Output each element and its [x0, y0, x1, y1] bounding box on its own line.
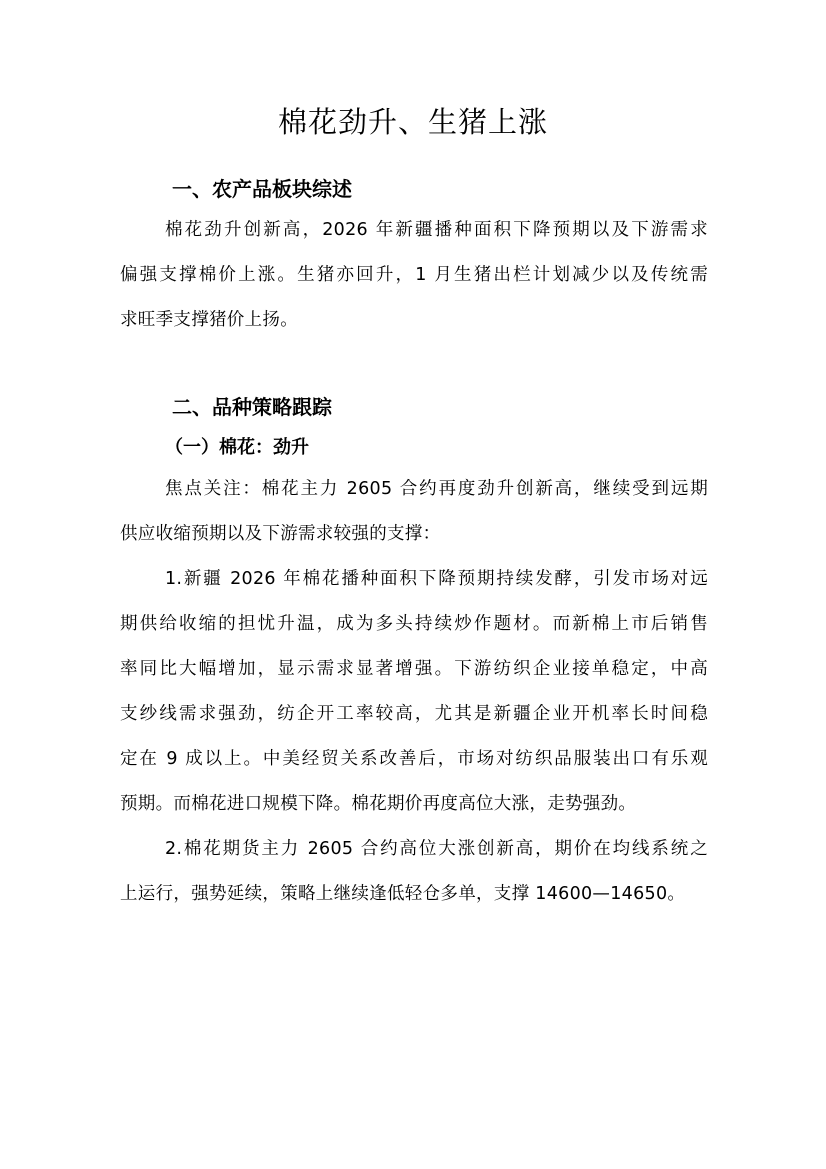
paragraph-overview: 棉花劲升创新高，2026 年新疆播种面积下降预期以及下游需求 偏强支撑棉价上涨。…	[120, 208, 708, 343]
paragraph-line: 偏强支撑棉价上涨。生猪亦回升，1 月生猪出栏计划减少以及传统需	[120, 253, 708, 298]
paragraph-line: 供应收缩预期以及下游需求较强的支撑：	[120, 512, 708, 557]
paragraph-line: 求旺季支撑猪价上扬。	[120, 298, 708, 343]
paragraph-line: 率同比大幅增加，显示需求显著增强。下游纺织企业接单稳定，中高	[120, 647, 708, 692]
paragraph-line: 1.新疆 2026 年棉花播种面积下降预期持续发酵，引发市场对远	[120, 557, 708, 602]
subsection-heading-cotton: （一）棉花：劲升	[165, 435, 309, 461]
paragraph-line: 支纱线需求强劲，纺企开工率较高，尤其是新疆企业开机率长时间稳	[120, 692, 708, 737]
section-heading-strategy: 二、品种策略跟踪	[172, 393, 332, 421]
section-heading-overview: 一、农产品板块综述	[172, 175, 352, 203]
document-page: 棉花劲升、生猪上涨 一、农产品板块综述 棉花劲升创新高，2026 年新疆播种面积…	[0, 0, 826, 1169]
paragraph-line: 预期。而棉花进口规模下降。棉花期价再度高位大涨，走势强劲。	[120, 782, 708, 827]
paragraph-line: 焦点关注：棉花主力 2605 合约再度劲升创新高，继续受到远期	[120, 467, 708, 512]
paragraph-line: 棉花劲升创新高，2026 年新疆播种面积下降预期以及下游需求	[120, 208, 708, 253]
paragraph-point-2: 2.棉花期货主力 2605 合约高位大涨创新高，期价在均线系统之 上运行，强势延…	[120, 827, 708, 917]
paragraph-line: 期供给收缩的担忧升温，成为多头持续炒作题材。而新棉上市后销售	[120, 602, 708, 647]
paragraph-focus: 焦点关注：棉花主力 2605 合约再度劲升创新高，继续受到远期 供应收缩预期以及…	[120, 467, 708, 557]
paragraph-point-1: 1.新疆 2026 年棉花播种面积下降预期持续发酵，引发市场对远 期供给收缩的担…	[120, 557, 708, 827]
paragraph-line: 定在 9 成以上。中美经贸关系改善后，市场对纺织品服装出口有乐观	[120, 737, 708, 782]
paragraph-line: 2.棉花期货主力 2605 合约高位大涨创新高，期价在均线系统之	[120, 827, 708, 872]
paragraph-line: 上运行，强势延续，策略上继续逢低轻仓多单，支撑 14600—14650。	[120, 872, 708, 917]
document-title: 棉花劲升、生猪上涨	[0, 102, 826, 142]
